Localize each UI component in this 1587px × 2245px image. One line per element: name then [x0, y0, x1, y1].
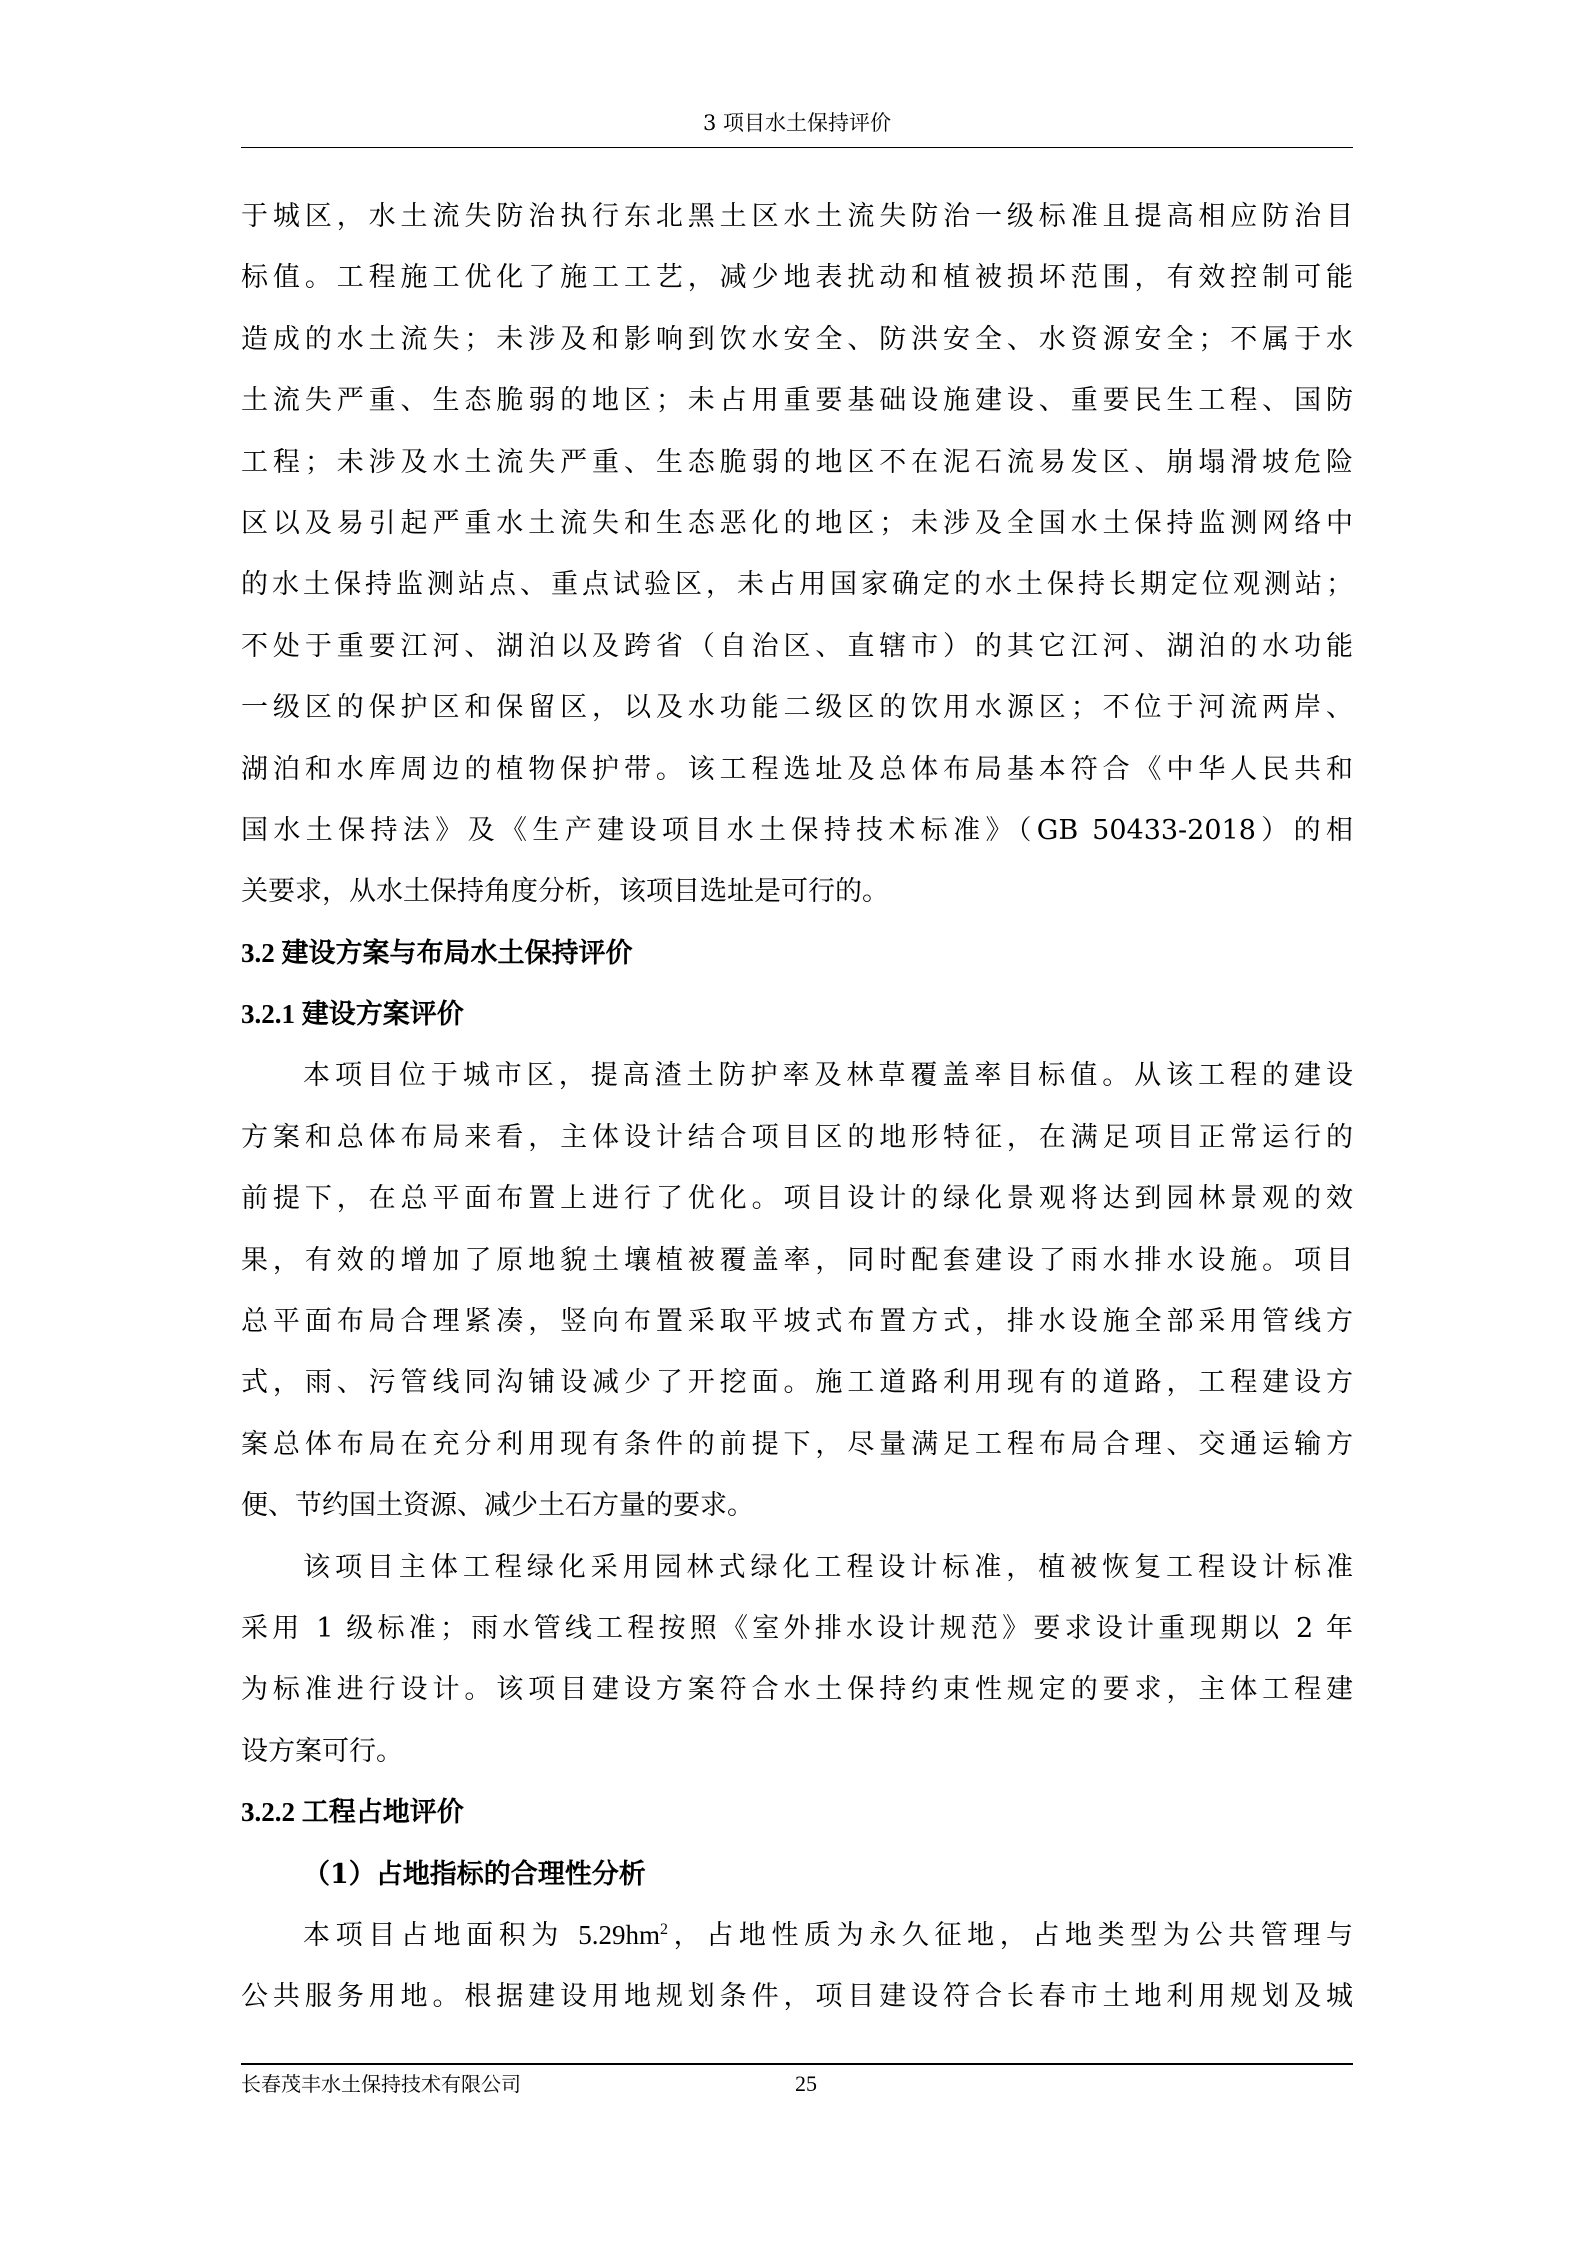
text-line: 设方案可行。 [241, 1721, 1353, 1782]
text-line: 本项目占地面积为 5.29hm2，占地性质为永久征地，占地类型为公共管理与 [241, 1905, 1353, 1966]
text-span: 本项目占地面积为 [303, 1920, 578, 1951]
document-body: 于城区，水土流失防治执行东北黑土区水土流失防治一级标准且提高相应防治目 标值。工… [241, 186, 1353, 2028]
text-line: 本项目位于城市区，提高渣土防护率及林草覆盖率目标值。从该工程的建设 [241, 1045, 1353, 1106]
text-line: 式，雨、污管线同沟铺设减少了开挖面。施工道路利用现有的道路，工程建设方 [241, 1352, 1353, 1413]
section-heading-3-2-1: 3.2.1 建设方案评价 [241, 984, 1353, 1045]
text-line: 区以及易引起严重水土流失和生态恶化的地区；未涉及全国水土保持监测网络中 [241, 493, 1353, 554]
text-line: 国水土保持法》及《生产建设项目水土保持技术标准》（GB 50433-2018）的… [241, 800, 1353, 861]
text-line: 方案和总体布局来看，主体设计结合项目区的地形特征，在满足项目正常运行的 [241, 1107, 1353, 1168]
footer-company: 长春茂丰水土保持技术有限公司 [241, 2069, 521, 2099]
text-line: 不处于重要江河、湖泊以及跨省（自治区、直辖市）的其它江河、湖泊的水功能 [241, 616, 1353, 677]
text-line: 为标准进行设计。该项目建设方案符合水土保持约束性规定的要求，主体工程建 [241, 1659, 1353, 1720]
text-line: 前提下，在总平面布置上进行了优化。项目设计的绿化景观将达到园林景观的效 [241, 1168, 1353, 1229]
paragraph-construction-plan: 本项目位于城市区，提高渣土防护率及林草覆盖率目标值。从该工程的建设 方案和总体布… [241, 1045, 1353, 1536]
text-line: 便、节约国土资源、减少土石方量的要求。 [241, 1475, 1353, 1536]
text-line: 工程；未涉及水土流失严重、生态脆弱的地区不在泥石流易发区、崩塌滑坡危险 [241, 432, 1353, 493]
section-heading-3-2-2: 3.2.2 工程占地评价 [241, 1782, 1353, 1843]
area-value: 5.29hm [578, 1920, 660, 1950]
text-line: 关要求，从水土保持角度分析，该项目选址是可行的。 [241, 861, 1353, 922]
text-line: 湖泊和水库周边的植物保护带。该工程选址及总体布局基本符合《中华人民共和 [241, 739, 1353, 800]
text-line: 采用 1 级标准；雨水管线工程按照《室外排水设计规范》要求设计重现期以 2 年 [241, 1598, 1353, 1659]
text-line: 总平面布局合理紧凑，竖向布置采取平坡式布置方式，排水设施全部采用管线方 [241, 1291, 1353, 1352]
paragraph-land-occupation: 本项目占地面积为 5.29hm2，占地性质为永久征地，占地类型为公共管理与 公共… [241, 1905, 1353, 2028]
text-line: 标值。工程施工优化了施工工艺，减少地表扰动和植被损坏范围，有效控制可能 [241, 247, 1353, 308]
text-line: 于城区，水土流失防治执行东北黑土区水土流失防治一级标准且提高相应防治目 [241, 186, 1353, 247]
page-number: 25 [795, 2069, 817, 2099]
text-line: 的水土保持监测站点、重点试验区，未占用国家确定的水土保持长期定位观测站； [241, 554, 1353, 615]
area-unit-superscript: 2 [660, 1921, 668, 1938]
text-line: 果，有效的增加了原地貌土壤植被覆盖率，同时配套建设了雨水排水设施。项目 [241, 1230, 1353, 1291]
section-heading-3-2: 3.2 建设方案与布局水土保持评价 [241, 923, 1353, 984]
text-line: 该项目主体工程绿化采用园林式绿化工程设计标准，植被恢复工程设计标准 [241, 1537, 1353, 1598]
header-rule [241, 147, 1353, 148]
text-line: 案总体布局在充分利用现有条件的前提下，尽量满足工程布局合理、交通运输方 [241, 1414, 1353, 1475]
section-3-1-continued: 于城区，水土流失防治执行东北黑土区水土流失防治一级标准且提高相应防治目 标值。工… [241, 186, 1353, 923]
text-line: 造成的水土流失；未涉及和影响到饮水安全、防洪安全、水资源安全；不属于水 [241, 309, 1353, 370]
text-span: ，占地性质为永久征地，占地类型为公共管理与 [668, 1920, 1353, 1951]
text-line: 一级区的保护区和保留区，以及水功能二级区的饮用水源区；不位于河流两岸、 [241, 677, 1353, 738]
text-line: 土流失严重、生态脆弱的地区；未占用重要基础设施建设、重要民生工程、国防 [241, 370, 1353, 431]
text-line: 公共服务用地。根据建设用地规划条件，项目建设符合长春市土地利用规划及城 [241, 1966, 1353, 2027]
footer-rule [241, 2063, 1353, 2065]
item-heading-land-index: （1）占地指标的合理性分析 [241, 1844, 1353, 1905]
paragraph-design-standards: 该项目主体工程绿化采用园林式绿化工程设计标准，植被恢复工程设计标准 采用 1 级… [241, 1537, 1353, 1783]
running-header: 3 项目水土保持评价 [241, 108, 1353, 138]
